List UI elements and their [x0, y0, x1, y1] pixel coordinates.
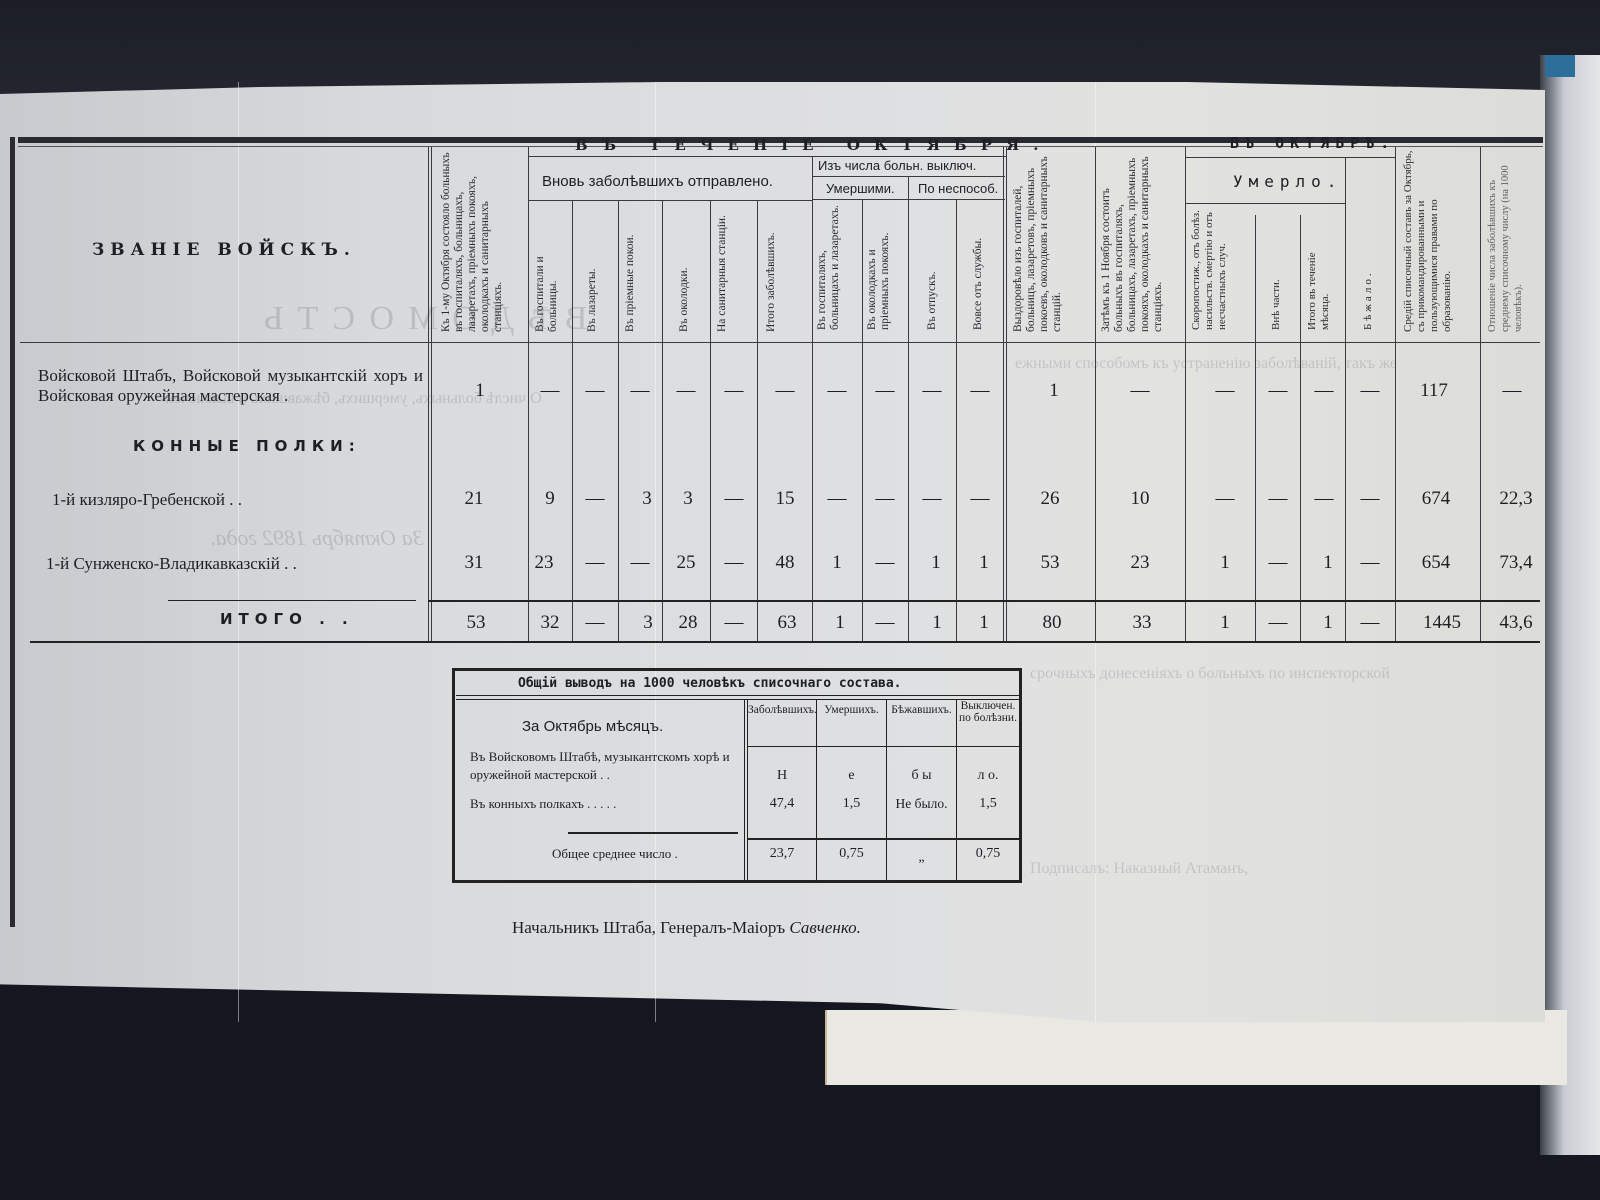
rule	[452, 668, 1022, 671]
cell: 1	[458, 380, 502, 402]
row-label-kizlyar: 1-й кизляро-Гребенской . .	[52, 490, 412, 510]
cell: —	[712, 488, 756, 510]
summary-col-fled: Бѣжавшихъ.	[887, 704, 956, 716]
summary-cell: б ы	[887, 768, 956, 784]
cell: 26	[1028, 488, 1072, 510]
summary-cell: 0,75	[817, 846, 886, 862]
col-header-leave: Въ отпускъ.	[926, 205, 946, 330]
rule	[1185, 203, 1345, 204]
cell: —	[573, 380, 617, 402]
col-header-reception: Въ прiемные покои.	[624, 210, 658, 332]
rule	[452, 880, 1022, 883]
cell: 1	[914, 552, 958, 574]
summary-cell: 1,5	[957, 796, 1019, 812]
summary-cell: Не было.	[887, 796, 956, 812]
summary-cell: 23,7	[748, 846, 816, 862]
cell: —	[815, 380, 859, 402]
row-label-total: ИТОГО . .	[220, 610, 354, 628]
cell: 15	[763, 488, 807, 510]
cell: —	[1203, 380, 1247, 402]
col-divider	[1255, 215, 1256, 642]
col-header-ratio: Отношенiе числа заболѣвшихъ къ среднему …	[1486, 150, 1536, 332]
cell: 48	[763, 552, 807, 574]
subgroup-excluded: Изъ числа больн. выключ.	[818, 158, 976, 173]
col-header-total-ill: Итого заболѣвшихъ.	[765, 210, 799, 332]
cell: 1	[1306, 552, 1350, 574]
cell: —	[910, 380, 954, 402]
cell: —	[1203, 488, 1247, 510]
cell: 1	[1306, 612, 1350, 634]
cell: 3	[666, 488, 710, 510]
col-header-remaining: Затѣмъ къ 1 Ноября состоитъ больныхъ въ …	[1100, 150, 1180, 332]
col-header-died-okolodki: Въ околодкахъ и прiемныхъ покояхъ.	[866, 205, 906, 330]
rule-before-total	[428, 600, 1540, 602]
cell: 9	[528, 488, 572, 510]
cell: 1445	[1410, 612, 1474, 634]
cell: —	[1348, 488, 1392, 510]
summary-cell: 0,75	[957, 846, 1019, 862]
col-header-hospitals: Въ госпитали и больницы.	[534, 210, 570, 332]
cell: 43,6	[1494, 612, 1538, 634]
cell: —	[863, 380, 907, 402]
subgroup-unfit: По неспособ.	[918, 181, 998, 196]
cell: —	[618, 552, 662, 574]
cell: 21	[452, 488, 496, 510]
col-header-fled: Бѣжало.	[1362, 225, 1382, 330]
cell: 63	[765, 612, 809, 634]
subgroup-died-october: Умерло.	[1233, 172, 1342, 191]
rule	[744, 699, 745, 880]
summary-period-label: За Октябрь мѣсяцъ.	[522, 718, 663, 735]
cell: 3	[625, 488, 669, 510]
book-blue-tab	[1545, 55, 1575, 77]
cell: 10	[1118, 488, 1162, 510]
cell: 80	[1030, 612, 1074, 634]
summary-col-ill: Заболѣвшихъ.	[748, 704, 816, 716]
cell: —	[573, 552, 617, 574]
cell: 1	[962, 612, 1006, 634]
cell: —	[664, 380, 708, 402]
rule-header-bottom	[20, 342, 1540, 343]
cell: —	[712, 612, 756, 634]
col-header-died-hospitals: Въ госпиталяхъ, больницахъ и лазаретахъ.	[816, 205, 860, 330]
group-header-during-october: ВЪ ТЕЧЕНIЕ ОКТЯБРЯ.	[575, 136, 1052, 154]
col-divider	[1006, 147, 1007, 642]
cell: 23	[522, 552, 566, 574]
rule-before-total-left	[168, 600, 416, 601]
cell: 1	[1203, 552, 1247, 574]
summary-cell: 47,4	[748, 796, 816, 812]
summary-cell: л о.	[957, 768, 1019, 784]
subgroup-newly-ill: Вновь заболѣвшихъ отправлено.	[542, 173, 773, 190]
cell: 53	[1028, 552, 1072, 574]
col-divider	[431, 147, 432, 642]
col-divider	[662, 200, 663, 642]
col-divider	[1480, 147, 1481, 642]
cell: 25	[664, 552, 708, 574]
cell: —	[528, 380, 572, 402]
rule-after-total	[30, 641, 1540, 643]
cell: 1	[1203, 612, 1247, 634]
cell: 53	[454, 612, 498, 634]
cell: —	[1118, 380, 1162, 402]
col-divider	[812, 156, 813, 642]
cell: 33	[1120, 612, 1164, 634]
cell: —	[1256, 552, 1300, 574]
col-header-recovered: Выздоровѣло изъ госпиталей, больницъ, ла…	[1012, 150, 1090, 332]
col-divider	[618, 200, 619, 642]
col-header-sudden-death: Скоропостиж., отъ болѣз. насильств. смер…	[1190, 205, 1252, 330]
cell: —	[1302, 488, 1346, 510]
col-header-sanitary: На санитарныя станцiи.	[716, 210, 750, 332]
cell: 1	[818, 612, 862, 634]
cell: 22,3	[1494, 488, 1538, 510]
rule	[528, 156, 1006, 157]
cell: —	[863, 488, 907, 510]
col-header-avg-strength: Средiй списочный составъ за Октябрь, съ …	[1402, 150, 1474, 332]
col-divider	[1395, 147, 1396, 642]
cell: 654	[1414, 552, 1458, 574]
rule	[568, 832, 738, 834]
col-divider	[908, 176, 909, 642]
summary-row-label-hq: Въ Войсковомъ Штабѣ, музыкантскомъ хорѣ …	[470, 748, 740, 784]
col-header-start-month: Къ 1-му Октября состояло больныхъ въ гос…	[440, 150, 522, 332]
group-header-in-october: ВЪ ОКТЯБРѢ.	[1230, 134, 1395, 152]
cell: 23	[1118, 552, 1162, 574]
cell: —	[910, 488, 954, 510]
subgroup-died: Умершими.	[826, 181, 895, 196]
col-divider	[862, 199, 863, 642]
col-header-okolodki: Въ околодки.	[678, 210, 698, 332]
rule	[452, 668, 455, 883]
cell: 1	[962, 552, 1006, 574]
summary-table: Общiй выводъ на 1000 человѣкъ списочнаго…	[452, 668, 1024, 883]
signature-title: Начальникъ Штаба, Генералъ-Маiоръ	[512, 918, 785, 937]
summary-row-label-cavalry: Въ конныхъ полкахъ . . . . .	[470, 796, 616, 812]
cell: —	[863, 612, 907, 634]
cell: —	[573, 488, 617, 510]
cell: —	[1348, 552, 1392, 574]
cell: 31	[452, 552, 496, 574]
cell: —	[1348, 612, 1392, 634]
cell: 1	[815, 552, 859, 574]
row-label-sunzha: 1-й Сунженско-Владикавказскiй . .	[46, 554, 416, 574]
cell: —	[1256, 488, 1300, 510]
cell: —	[958, 488, 1002, 510]
cell: —	[712, 380, 756, 402]
col-divider	[1185, 147, 1186, 642]
rule	[748, 746, 1019, 747]
cell: —	[1256, 380, 1300, 402]
section-header-cavalry: КОННЫЕ ПОЛКИ:	[133, 437, 361, 455]
cell: 117	[1412, 380, 1456, 402]
cell: 674	[1414, 488, 1458, 510]
col-header-died-total: Итого въ теченiе мѣсяца.	[1306, 225, 1340, 330]
summary-cell: 1,5	[817, 796, 886, 812]
summary-title: Общiй выводъ на 1000 человѣкъ списочнаго…	[518, 676, 902, 691]
cell: —	[618, 380, 662, 402]
col-divider	[956, 199, 957, 642]
cell: —	[1302, 380, 1346, 402]
cell: —	[573, 612, 617, 634]
col-divider	[1300, 215, 1301, 642]
summary-cell: е	[817, 768, 886, 784]
col-header-outside-unit: Внѣ части.	[1270, 225, 1290, 330]
cell: 1	[1032, 380, 1076, 402]
col-divider	[1095, 147, 1096, 642]
cell: 3	[626, 612, 670, 634]
cell: —	[1348, 380, 1392, 402]
signature-line: Начальникъ Штаба, Генералъ-Маiоръ Савчен…	[512, 918, 861, 938]
rule	[1019, 668, 1022, 883]
col-divider	[757, 200, 758, 642]
col-divider	[710, 200, 711, 642]
summary-col-excluded: Выключен. по болѣзни.	[957, 700, 1019, 724]
col-divider	[428, 147, 429, 642]
cell: 1	[915, 612, 959, 634]
col-header-discharged: Вовсе отъ службы.	[972, 205, 992, 330]
col-header-troops: ЗВАНIЕ ВОЙСКЪ.	[92, 240, 356, 260]
cell: 32	[528, 612, 572, 634]
rule	[456, 699, 1019, 700]
summary-cell: „	[887, 850, 956, 866]
summary-cell: Н	[748, 768, 816, 784]
cell: —	[1490, 380, 1534, 402]
cell: —	[863, 552, 907, 574]
summary-row-label-average: Общее среднее число .	[552, 846, 678, 862]
row-label-hq: Войсковой Штабъ, Войсковой музыкантскiй …	[38, 366, 423, 406]
summary-col-died: Умершихъ.	[817, 704, 886, 716]
rule	[528, 200, 813, 201]
cell: 73,4	[1494, 552, 1538, 574]
col-divider	[572, 200, 573, 642]
cell: —	[1256, 612, 1300, 634]
cell: —	[763, 380, 807, 402]
rule	[1185, 157, 1395, 158]
rule	[456, 695, 1019, 696]
rule	[748, 838, 1019, 840]
cell: —	[958, 380, 1002, 402]
cell: —	[815, 488, 859, 510]
cell: 28	[666, 612, 710, 634]
col-header-infirmaries: Въ лазареты.	[586, 210, 606, 332]
cell: —	[712, 552, 756, 574]
signature-name: Савченко.	[789, 918, 860, 937]
